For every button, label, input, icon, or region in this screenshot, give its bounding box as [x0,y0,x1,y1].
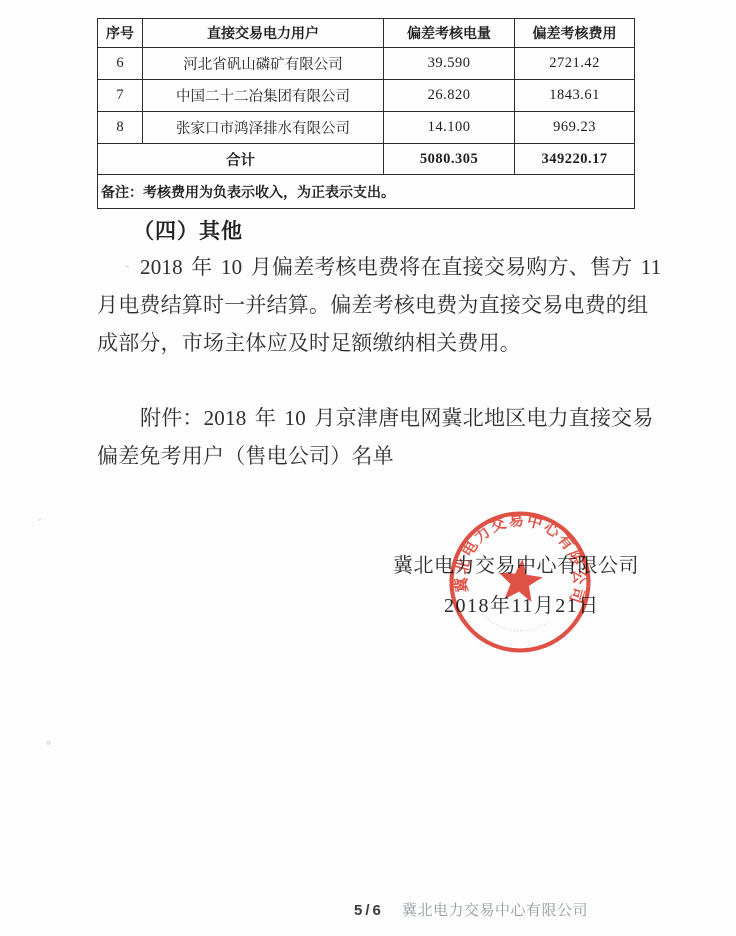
seal-serial-marks: ······················· [479,613,552,639]
total-fee: 349220.17 [515,144,635,175]
attachment-line: 偏差免考用户（售电公司）名单 [97,440,394,470]
cell-fee: 969.23 [515,112,635,144]
header-seq: 序号 [98,19,143,48]
cell-energy: 39.590 [384,48,515,80]
cell-fee: 2721.42 [515,48,635,80]
table-total-row: 合计 5080.305 349220.17 [98,144,635,175]
cell-energy: 26.820 [384,80,515,112]
cell-seq: 8 [98,112,143,144]
cell-user: 中国二十二冶集团有限公司 [143,80,384,112]
scan-speck [38,518,41,521]
total-label: 合计 [98,144,384,175]
scan-speck [125,265,129,268]
attachment-line: 附件：2018 年 10 月京津唐电网冀北地区电力直接交易 [140,402,654,432]
cell-seq: 6 [98,48,143,80]
table-row: 6 河北省矾山磷矿有限公司 39.590 2721.42 [98,48,635,80]
scanned-document-page: 序号 直接交易电力用户 偏差考核电量 偏差考核费用 6 河北省矾山磷矿有限公司 … [0,0,736,936]
header-fee: 偏差考核费用 [515,19,635,48]
cell-fee: 1843.61 [515,80,635,112]
table-header-row: 序号 直接交易电力用户 偏差考核电量 偏差考核费用 [98,19,635,48]
section-heading: （四）其他 [133,215,243,245]
header-energy: 偏差考核电量 [384,19,515,48]
paragraph-line: 月电费结算时一并结算。偏差考核电费为直接交易电费的组 [97,289,648,319]
paragraph-line: 成部分，市场主体应及时足额缴纳相关费用。 [97,327,521,357]
page-number: 5/6 [354,902,384,919]
company-seal-stamp: 冀北电力交易中心有限公司 ······················· [439,501,602,664]
header-user: 直接交易电力用户 [143,19,384,48]
paragraph-line: 2018 年 10 月偏差考核电费将在直接交易购方、售方 11 [140,251,661,281]
cell-user: 张家口市鸿泽排水有限公司 [143,112,384,144]
scan-speck [46,740,51,745]
cell-energy: 14.100 [384,112,515,144]
table-row: 7 中国二十二冶集团有限公司 26.820 1843.61 [98,80,635,112]
footer-watermark: 冀北电力交易中心有限公司 [402,899,588,920]
table-row: 8 张家口市鸿泽排水有限公司 14.100 969.23 [98,112,635,144]
seal-star-icon [496,557,544,603]
deviation-assessment-table: 序号 直接交易电力用户 偏差考核电量 偏差考核费用 6 河北省矾山磷矿有限公司 … [97,18,635,209]
svg-text:·······················: ······················· [479,613,552,639]
cell-user: 河北省矾山磷矿有限公司 [143,48,384,80]
cell-seq: 7 [98,80,143,112]
table-note-row: 备注：考核费用为负表示收入，为正表示支出。 [98,175,635,209]
total-energy: 5080.305 [384,144,515,175]
table-note: 备注：考核费用为负表示收入，为正表示支出。 [98,175,635,209]
